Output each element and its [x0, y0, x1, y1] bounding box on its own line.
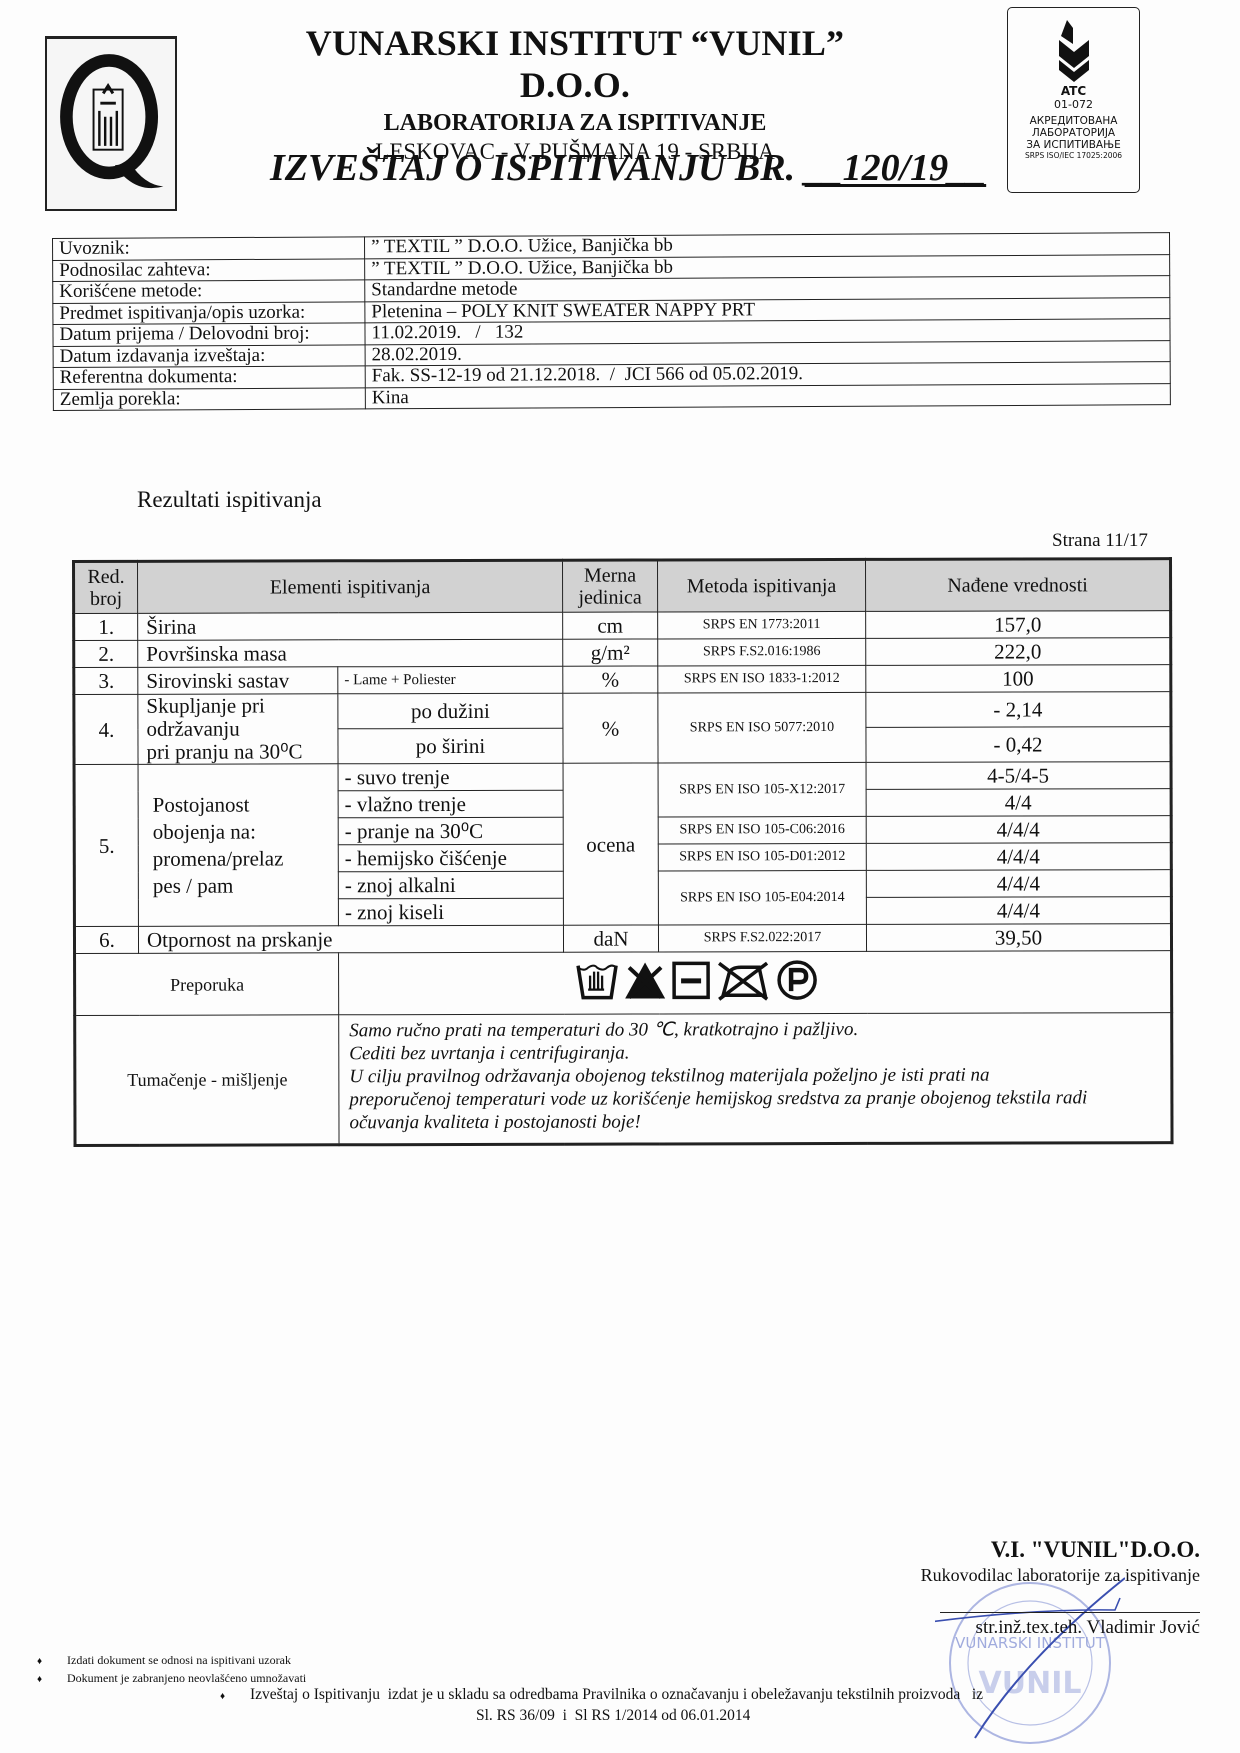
col-header-unit: Merna jedinica: [563, 560, 658, 612]
footnote-text: Sl. RS 36/09 i Sl RS 1/2014 od 06.01.201…: [476, 1707, 750, 1721]
bullet-icon: ♦: [37, 1656, 67, 1667]
footnote-4: Sl. RS 36/09 i Sl RS 1/2014 od 06.01.201…: [476, 1707, 750, 1721]
row-method: SRPS F.S2.016:1986: [658, 638, 866, 666]
atc-standard: SRPS ISO/IEC 17025:2006: [1008, 151, 1139, 161]
report-title-text: IZVEŠTAJ O ISPITIVANJU BR.: [270, 147, 795, 189]
col-header-element: Elementi ispitivanja: [138, 560, 563, 613]
row-element-line1: Skupljanje pri održavanju: [146, 694, 337, 740]
interpretation-line: očuvanja kvaliteta i postojanosti boje!: [349, 1109, 1160, 1134]
page-indicator: Strana 11/17: [1052, 530, 1148, 552]
info-label: Podnosilac zahteva:: [53, 258, 365, 281]
row-method: SRPS EN ISO 105-E04:2014: [658, 870, 866, 925]
signature-role: Rukovodilac laboratorije za ispitivanje: [900, 1565, 1200, 1586]
row-value: 4/4: [866, 789, 1171, 817]
row-element-line1: Postojanost: [153, 791, 338, 818]
row-element: Otpornost na prskanje: [138, 925, 563, 953]
dry-flat-icon: [671, 959, 711, 1006]
results-header-row: Red. broj Elementi ispitivanja Merna jed…: [74, 559, 1171, 614]
signatory-name: str.inž.tex.teh. Vladimir Jović: [900, 1617, 1200, 1639]
info-label: Referentna dokumenta:: [53, 366, 365, 389]
interpretation-line: Cediti bez uvrtanja i centrifugiranja.: [349, 1040, 1160, 1065]
laboratory-name: LABORATORIJA ZA ISPITIVANJE: [250, 110, 900, 137]
row-unit: g/m²: [563, 639, 658, 666]
row-value: 157,0: [866, 611, 1171, 639]
dry-clean-p-icon: [775, 959, 819, 1006]
row-method: SRPS EN ISO 105-C06:2016: [658, 816, 866, 844]
interpretation-line: preporučenoj temperaturi vode uz korišće…: [349, 1086, 1160, 1111]
results-table: Red. broj Elementi ispitivanja Merna jed…: [72, 557, 1174, 1147]
row-value: - 0,42: [866, 727, 1171, 763]
row-element: Postojanost obojenja na: promena/prelaz …: [138, 764, 338, 927]
svg-text:VUNIL: VUNIL: [979, 1666, 1082, 1701]
row-no: 4.: [74, 694, 138, 764]
row-value: - 2,14: [866, 692, 1171, 728]
recommendation-label: Preporuka: [75, 953, 339, 1016]
row-no: 5.: [74, 764, 138, 926]
atc-line3: ЗА ИСПИТИВАЊЕ: [1008, 139, 1139, 151]
info-label: Predmet ispitivanja/opis uzorka:: [53, 301, 365, 324]
row-value: 4/4/4: [866, 843, 1171, 871]
interpretation-text: Samo ručno prati na temperaturi do 30 ℃,…: [339, 1013, 1172, 1145]
row-sub-element: - znoj alkalni: [338, 871, 563, 899]
accreditation-badge: ATC 01-072 АКРЕДИТОВАНА ЛАБОРАТОРИЈА ЗА …: [1007, 7, 1140, 193]
row-element-line4: pes / pam: [153, 872, 338, 899]
recommendation-row: Preporuka: [75, 951, 1172, 1016]
row-sub-element: - suvo trenje: [338, 763, 563, 791]
row-value: 4-5/4-5: [866, 762, 1171, 790]
report-number: __120/19__: [805, 147, 987, 189]
row-element: Površinska masa: [138, 639, 563, 667]
bullet-icon: ♦: [37, 1674, 67, 1685]
row-value: 4/4/4: [866, 870, 1171, 898]
row-value: 100: [866, 665, 1171, 693]
vunil-logo: [45, 36, 177, 211]
signature-line: [940, 1612, 1200, 1613]
row-unit: ocena: [563, 763, 658, 925]
row-element: Sirovinski sastav: [138, 667, 338, 695]
sample-info-table: Uvoznik:” TEXTIL ” D.O.O. Užice, Banjičk…: [52, 232, 1171, 411]
q-logo-icon: [47, 39, 175, 209]
row-sub-element: - Lame + Poliester: [338, 666, 563, 694]
row-element-line2: obojenja na:: [153, 818, 338, 845]
row-unit: cm: [563, 612, 658, 639]
results-title: Rezultati ispitivanja: [137, 487, 322, 513]
row-sub-element: - vlažno trenje: [338, 790, 563, 818]
col-header-no: Red. broj: [74, 561, 138, 613]
institute-name: VUNARSKI INSTITUT “VUNIL” D.O.O.: [250, 22, 900, 106]
signature-block: V.I. "VUNIL"D.O.O. Rukovodilac laborator…: [900, 1537, 1200, 1639]
col-header-value: Nađene vrednosti: [866, 559, 1171, 612]
row-element: Širina: [138, 612, 563, 640]
interpretation-row: Tumačenje - mišljenje Samo ručno prati n…: [75, 1013, 1172, 1146]
row-unit: daN: [563, 925, 658, 952]
row-sub-element: po dužini: [338, 693, 563, 729]
info-label: Datum izdavanja izveštaja:: [53, 344, 365, 367]
interpretation-line: Samo ručno prati na temperaturi do 30 ℃,…: [349, 1017, 1160, 1042]
col-header-method: Metoda ispitivanja: [658, 559, 866, 612]
row-method: SRPS EN ISO 1833-1:2012: [658, 665, 866, 693]
row-element-line2: pri pranju na 30⁰C: [146, 740, 337, 763]
row-sub-element: - hemijsko čišćenje: [338, 844, 563, 872]
footnote-2: ♦Dokument je zabranjeno neovlašćeno umno…: [37, 1671, 306, 1686]
footnote-3: ♦Izveštaj o Ispitivanju izdat je u sklad…: [220, 1686, 983, 1704]
row-sub-element: - znoj kiseli: [338, 898, 563, 926]
row-value: 222,0: [866, 638, 1171, 666]
bullet-icon: ♦: [220, 1691, 250, 1702]
row-method: SRPS F.S2.022:2017: [658, 924, 866, 952]
letterhead: VUNARSKI INSTITUT “VUNIL” D.O.O. LABORAT…: [250, 22, 900, 165]
row-method: SRPS EN 1773:2011: [658, 611, 866, 639]
row-value: 39,50: [866, 924, 1171, 952]
row-sub-element: po širini: [338, 728, 563, 764]
atc-mark: ATC: [1008, 84, 1139, 98]
row-unit: %: [563, 693, 658, 763]
signature-org: V.I. "VUNIL"D.O.O.: [900, 1537, 1200, 1563]
table-row: 6. Otpornost na prskanje daN SRPS F.S2.0…: [74, 924, 1171, 954]
hand-wash-icon: [575, 960, 619, 1007]
table-row: 3. Sirovinski sastav - Lame + Poliester …: [74, 665, 1171, 695]
info-value: Kina: [365, 383, 1170, 409]
row-method: SRPS EN ISO 5077:2010: [658, 692, 866, 763]
row-value: 4/4/4: [866, 816, 1171, 844]
row-no: 3.: [74, 667, 138, 694]
row-element-line3: promena/prelaz: [153, 845, 338, 872]
atc-code: 01-072: [1008, 98, 1139, 111]
row-method: SRPS EN ISO 105-D01:2012: [658, 843, 866, 871]
row-element: Skupljanje pri održavanju pri pranju na …: [138, 694, 338, 765]
footnote-text: Dokument je zabranjeno neovlašćeno umnož…: [67, 1671, 306, 1685]
footnote-text: Izdati dokument se odnosi na ispitivani …: [67, 1653, 291, 1667]
atc-chevron-icon: [1057, 20, 1091, 82]
table-row: 4. Skupljanje pri održavanju pri pranju …: [74, 692, 1171, 730]
interpretation-line: U cilju pravilnog održavanja obojenog te…: [349, 1063, 1160, 1088]
atc-line1: АКРЕДИТОВАНА: [1008, 115, 1139, 127]
row-unit: %: [563, 666, 658, 693]
table-row: 1. Širina cm SRPS EN 1773:2011 157,0: [74, 611, 1171, 641]
no-iron-icon: [715, 959, 771, 1006]
row-sub-element: - pranje na 30⁰C: [338, 817, 563, 845]
row-method: SRPS EN ISO 105-X12:2017: [658, 762, 866, 817]
row-value: 4/4/4: [866, 897, 1171, 925]
table-row: 5. Postojanost obojenja na: promena/prel…: [74, 762, 1171, 792]
no-bleach-icon: [623, 959, 667, 1006]
row-no: 1.: [74, 613, 138, 640]
footnote-1: ♦Izdati dokument se odnosi na ispitivani…: [37, 1653, 291, 1668]
report-title: IZVEŠTAJ O ISPITIVANJU BR. __120/19__: [270, 146, 986, 190]
info-label: Datum prijema / Delovodni broj:: [53, 323, 365, 346]
footnote-text: Izveštaj o Ispitivanju izdat je u skladu…: [250, 1686, 983, 1703]
care-symbols: [339, 951, 1172, 1015]
atc-line2: ЛАБОРАТОРИЈА: [1008, 127, 1139, 139]
info-label: Zemlja porekla:: [53, 387, 365, 410]
row-no: 2.: [74, 640, 138, 667]
row-no: 6.: [74, 926, 138, 953]
table-row: 2. Površinska masa g/m² SRPS F.S2.016:19…: [74, 638, 1171, 668]
info-label: Korišćene metode:: [53, 280, 365, 303]
interpretation-label: Tumačenje - mišljenje: [75, 1015, 339, 1146]
info-label: Uvoznik:: [53, 237, 365, 260]
